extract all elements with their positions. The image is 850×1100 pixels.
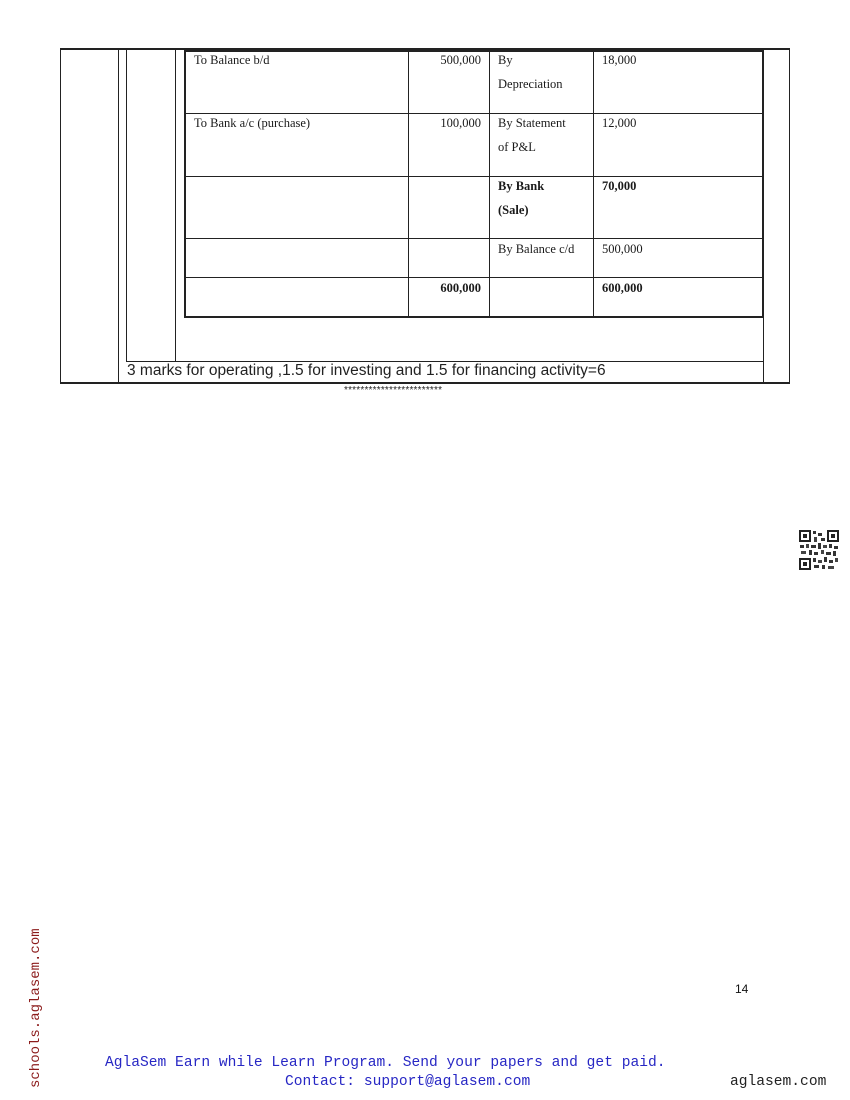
credit-particular-line1: By — [498, 48, 513, 72]
debit-amount: 500,000 — [410, 48, 481, 72]
ledger-bottom-border — [184, 316, 764, 318]
credit-particular-line1: By Balance c/d — [498, 237, 574, 261]
outer-left-border — [60, 48, 61, 384]
debit-amount: 100,000 — [410, 111, 481, 135]
footer-site-link[interactable]: aglasem.com — [730, 1074, 826, 1090]
credit-particular-line1: By Bank — [498, 174, 544, 198]
credit-amount: 500,000 — [602, 237, 643, 261]
qr-code-icon — [799, 530, 839, 570]
footer-contact-link[interactable]: Contact: support@aglasem.com — [285, 1074, 530, 1090]
marking-scheme-note: 3 marks for operating ,1.5 for investing… — [127, 362, 606, 380]
side-watermark: schools.aglasem.com — [28, 928, 44, 1088]
inner-col-divider — [175, 48, 176, 362]
credit-particular-line1: By Statement — [498, 111, 566, 135]
credit-amount: 12,000 — [602, 111, 636, 135]
end-separator: ************************ — [344, 385, 442, 396]
credit-total: 600,000 — [602, 276, 643, 300]
outer-right-border — [789, 48, 790, 384]
credit-particular-line2: of P&L — [498, 135, 536, 159]
debit-particular: To Bank a/c (purchase) — [194, 111, 310, 135]
inner-left-border — [126, 48, 127, 362]
ledger-row-divider — [184, 176, 764, 177]
outer-bottom-border — [60, 382, 790, 384]
credit-amount: 18,000 — [602, 48, 636, 72]
credit-particular-line2: (Sale) — [498, 198, 529, 222]
ledger-row-divider — [184, 238, 764, 239]
debit-total: 600,000 — [410, 276, 481, 300]
credit-particular-line2: Depreciation — [498, 72, 563, 96]
page-number: 14 — [735, 982, 748, 996]
debit-particular: To Balance b/d — [194, 48, 270, 72]
credit-amount: 70,000 — [602, 174, 636, 198]
outer-col-divider — [118, 48, 119, 384]
footer-promo-text: AglaSem Earn while Learn Program. Send y… — [105, 1055, 666, 1071]
